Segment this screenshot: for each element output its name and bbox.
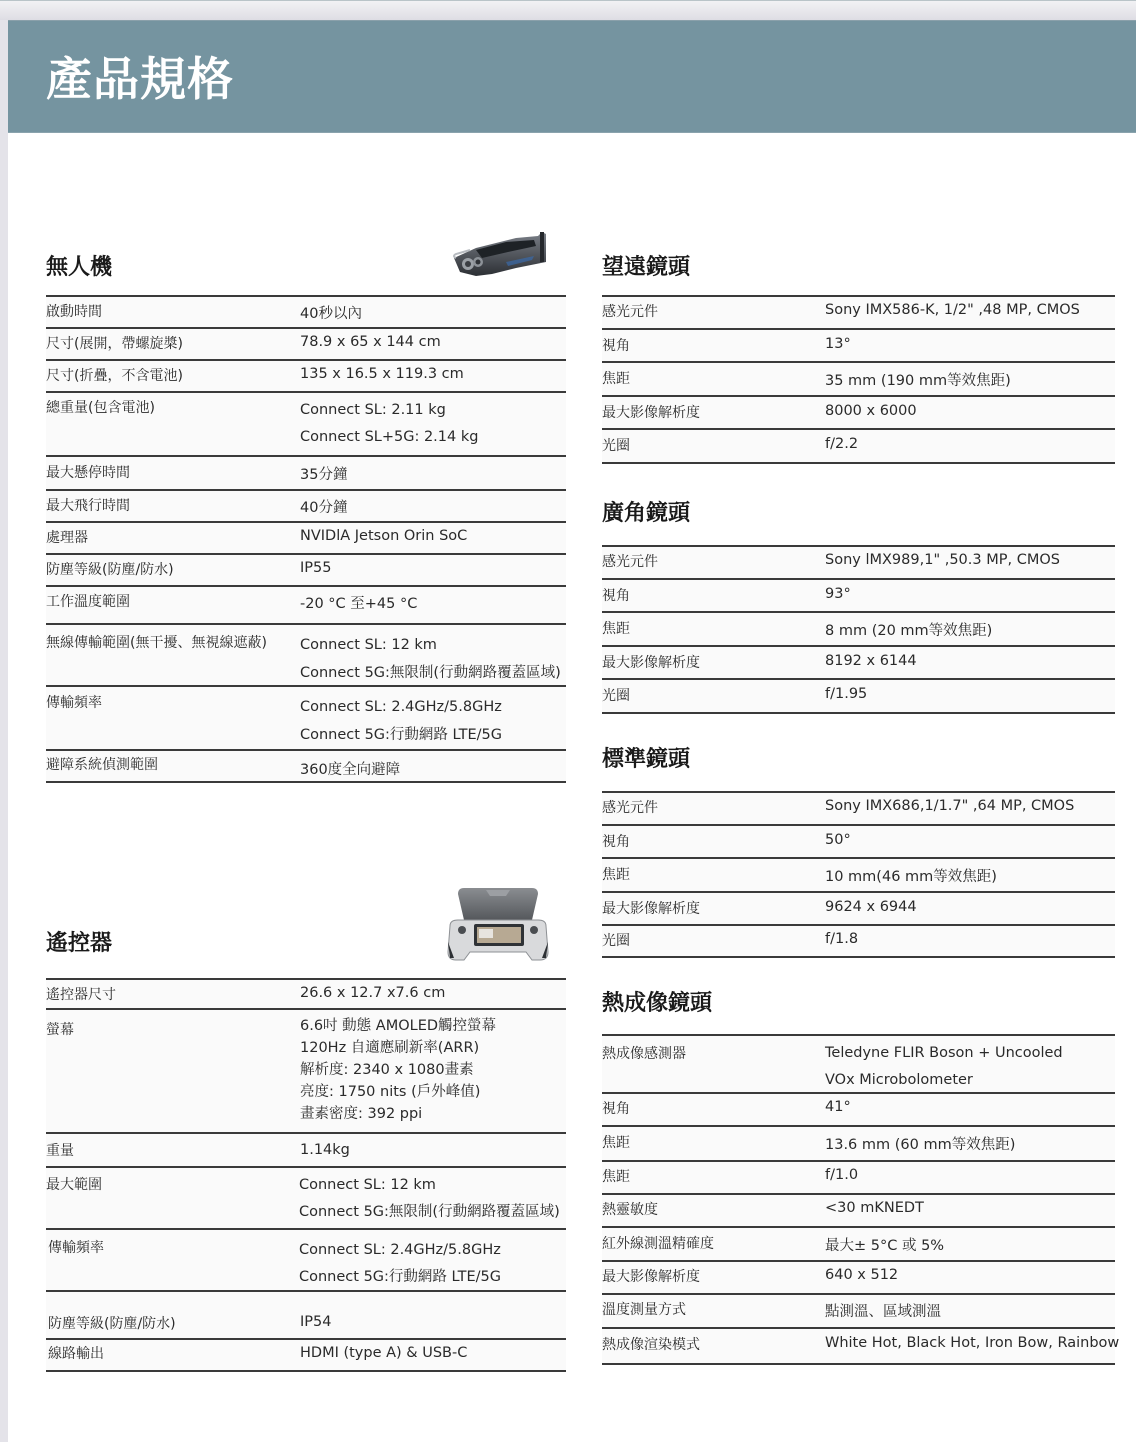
spec-value: White Hot, Black Hot, Iron Bow, Rainbow [825, 1335, 1119, 1351]
spec-value: 9624 x 6944 [825, 899, 917, 915]
section-title-wide: 廣角鏡頭 [602, 500, 690, 528]
spec-label: 重量 [46, 1141, 74, 1161]
remote-spec-table: 遙控器尺寸 26.6 x 12.7 x7.6 cm 螢幕 6.6吋 動態 AMO… [46, 978, 566, 1372]
spec-label: 防塵等級(防塵/防水) [46, 560, 174, 580]
spec-label: 螢幕 [46, 1020, 74, 1040]
spec-label: 感光元件 [602, 798, 658, 818]
spec-value: HDMI (type A) & USB-C [300, 1345, 467, 1361]
spec-label: 視角 [602, 586, 630, 606]
spec-label: 無線傳輸範圍(無干擾、無視線遮蔽) [46, 633, 267, 653]
section-title-telephoto: 望遠鏡頭 [602, 254, 690, 282]
spec-label: 光圈 [602, 436, 630, 456]
spec-value: 640 x 512 [825, 1267, 898, 1283]
spec-label: 最大飛行時間 [46, 496, 130, 516]
spec-label: 感光元件 [602, 302, 658, 322]
table-row: 焦距 10 mm(46 mm等效焦距) [602, 859, 1115, 893]
spec-label: 溫度測量方式 [602, 1300, 686, 1320]
spec-label: 焦距 [602, 619, 630, 639]
spec-label: 防塵等級(防塵/防水) [48, 1314, 176, 1334]
section-title-drone: 無人機 [46, 254, 112, 282]
spec-value: 40秒以內 [300, 302, 362, 323]
spec-value: 78.9 x 65 x 144 cm [300, 334, 441, 350]
remote-controller-image [446, 882, 550, 966]
table-row: 焦距 f/1.0 [602, 1162, 1115, 1195]
table-row: 感光元件 Sony lMX989,1" ,50.3 MP, CMOS [602, 547, 1115, 580]
spec-value: Connect SL: 12 km Connect 5G:無限制(行動網路覆蓋區… [300, 631, 561, 687]
table-row: 最大影像解析度 9624 x 6944 [602, 893, 1115, 926]
table-row: 尺寸(展開，帶螺旋槳) 78.9 x 65 x 144 cm [46, 329, 566, 361]
table-row: 重量 1.14kg [46, 1134, 566, 1168]
header-band: 產品規格 [8, 20, 1136, 133]
spec-value: Connect SL: 2.4GHz/5.8GHz Connect 5G:行動網… [299, 1237, 501, 1291]
table-row: 感光元件 Sony IMX586-K, 1/2" ,48 MP, CMOS [602, 297, 1115, 330]
table-row: 焦距 13.6 mm (60 mm等效焦距) [602, 1127, 1115, 1162]
spec-value: Sony lMX989,1" ,50.3 MP, CMOS [825, 552, 1060, 568]
spec-value: 41° [825, 1099, 851, 1115]
spec-value: 50° [825, 832, 851, 848]
table-row: 焦距 8 mm (20 mm等效焦距) [602, 613, 1115, 647]
spec-value: 1.14kg [300, 1142, 350, 1158]
spec-value: 13° [825, 336, 851, 352]
table-row: 啟動時間 40秒以內 [46, 297, 566, 329]
table-row: 最大飛行時間 40分鐘 [46, 491, 566, 523]
spec-value: 360度全向避障 [300, 758, 400, 779]
spec-label: 傳輸頻率 [48, 1238, 104, 1258]
spec-label: 尺寸(折疊，不含電池) [46, 366, 183, 386]
spec-label: 遙控器尺寸 [46, 985, 116, 1005]
spec-value: 40分鐘 [300, 496, 347, 517]
window-top-strip [0, 0, 1136, 20]
spec-value: 最大± 5°C 或 5% [825, 1234, 944, 1255]
spec-label: 視角 [602, 336, 630, 356]
page-title: 產品規格 [46, 51, 234, 107]
spec-label: 視角 [602, 832, 630, 852]
table-row: 視角 41° [602, 1094, 1115, 1127]
table-row: 防塵等級(防塵/防水) IP55 [46, 555, 566, 587]
table-row: 熱成像渲染模式 White Hot, Black Hot, Iron Bow, … [602, 1329, 1115, 1365]
spec-label: 紅外線測溫精確度 [602, 1234, 714, 1254]
table-row: 線路輸出 HDMI (type A) & USB-C [46, 1340, 566, 1372]
spec-label: 最大影像解析度 [602, 653, 700, 673]
spec-value: IP54 [300, 1314, 331, 1330]
spec-value: 35 mm (190 mm等效焦距) [825, 369, 1011, 390]
spec-value: 6.6吋 動態 AMOLED觸控螢幕 120Hz 自適應刷新率(ARR) 解析度… [300, 1015, 496, 1125]
spec-value: f/2.2 [825, 436, 858, 452]
spec-label: 最大範圍 [46, 1175, 102, 1195]
spec-value: 8192 x 6144 [825, 653, 917, 669]
section-title-remote: 遙控器 [46, 930, 112, 958]
standard-spec-table: 感光元件 Sony IMX686,1/1.7" ,64 MP, CMOS 視角 … [602, 791, 1115, 958]
spec-label: 最大影像解析度 [602, 899, 700, 919]
spec-value: 10 mm(46 mm等效焦距) [825, 865, 997, 886]
spec-label: 光圈 [602, 931, 630, 951]
table-row: 避障系統偵測範圍 360度全向避障 [46, 751, 566, 783]
spec-value: Connect SL: 12 km Connect 5G:無限制(行動網路覆蓋區… [299, 1172, 560, 1226]
spec-label: 焦距 [602, 369, 630, 389]
spec-value: Sony IMX686,1/1.7" ,64 MP, CMOS [825, 798, 1074, 814]
table-row: 最大影像解析度 8000 x 6000 [602, 397, 1115, 430]
spec-label: 線路輸出 [48, 1344, 104, 1364]
spec-label: 最大影像解析度 [602, 403, 700, 423]
spec-value: 26.6 x 12.7 x7.6 cm [300, 985, 445, 1001]
spec-value: IP55 [300, 560, 331, 576]
table-row: 焦距 35 mm (190 mm等效焦距) [602, 363, 1115, 397]
spec-label: 光圈 [602, 686, 630, 706]
spec-value: Teledyne FLIR Boson + Uncooled VOx Micro… [825, 1040, 1063, 1094]
spec-value: NVIDlA Jetson Orin SoC [300, 528, 467, 544]
table-row: 傳輸頻率 Connect SL: 2.4GHz/5.8GHz Connect 5… [46, 1230, 566, 1292]
table-row: 傳輸頻率 Connect SL: 2.4GHz/5.8GHz Connect 5… [46, 687, 566, 751]
spec-value: 點測溫、區域測溫 [825, 1300, 941, 1321]
spec-label: 焦距 [602, 865, 630, 885]
telephoto-spec-table: 感光元件 Sony IMX586-K, 1/2" ,48 MP, CMOS 視角… [602, 295, 1115, 464]
table-row: 視角 13° [602, 330, 1115, 363]
spec-label: 尺寸(展開，帶螺旋槳) [46, 334, 183, 354]
spec-label: 熱成像渲染模式 [602, 1335, 700, 1355]
section-title-standard: 標準鏡頭 [602, 746, 690, 774]
table-row: 最大範圍 Connect SL: 12 km Connect 5G:無限制(行動… [46, 1168, 566, 1230]
table-row: 無線傳輸範圍(無干擾、無視線遮蔽) Connect SL: 12 km Conn… [46, 625, 566, 687]
spec-value: 8 mm (20 mm等效焦距) [825, 619, 992, 640]
table-row: 熱成像感測器 Teledyne FLIR Boson + Uncooled VO… [602, 1036, 1115, 1094]
spec-value: f/1.0 [825, 1167, 858, 1183]
table-row: 尺寸(折疊，不含電池) 135 x 16.5 x 119.3 cm [46, 361, 566, 393]
table-row: 光圈 f/1.8 [602, 926, 1115, 958]
spec-label: 傳輸頻率 [46, 693, 102, 713]
drone-product-image [446, 228, 554, 280]
spec-value: 135 x 16.5 x 119.3 cm [300, 366, 464, 382]
spec-label: 處理器 [46, 528, 88, 548]
spec-label: 視角 [602, 1099, 630, 1119]
drone-spec-table: 啟動時間 40秒以內 尺寸(展開，帶螺旋槳) 78.9 x 65 x 144 c… [46, 295, 566, 783]
table-row: 總重量(包含電池) Connect SL: 2.11 kg Connect SL… [46, 393, 566, 457]
table-row: 感光元件 Sony IMX686,1/1.7" ,64 MP, CMOS [602, 793, 1115, 826]
table-row: 遙控器尺寸 26.6 x 12.7 x7.6 cm [46, 980, 566, 1010]
spec-page: 產品規格 [8, 20, 1136, 1442]
spec-label: 最大懸停時間 [46, 463, 130, 483]
spec-value: 8000 x 6000 [825, 403, 917, 419]
table-row: 最大懸停時間 35分鐘 [46, 457, 566, 491]
spec-value: <30 mKNEDT [825, 1200, 924, 1216]
spec-value: 93° [825, 586, 851, 602]
spec-label: 最大影像解析度 [602, 1267, 700, 1287]
spec-label: 啟動時間 [46, 302, 102, 322]
table-row: 光圈 f/2.2 [602, 430, 1115, 464]
table-row: 最大影像解析度 640 x 512 [602, 1262, 1115, 1295]
spec-label: 工作溫度範圍 [46, 592, 130, 612]
spec-value: 13.6 mm (60 mm等效焦距) [825, 1133, 1015, 1154]
table-row: 視角 93° [602, 580, 1115, 613]
table-row: 工作溫度範圍 -20 °C 至+45 °C [46, 587, 566, 625]
spec-label: 焦距 [602, 1133, 630, 1153]
table-row: 視角 50° [602, 826, 1115, 859]
section-title-thermal: 熱成像鏡頭 [602, 990, 712, 1018]
table-row: 最大影像解析度 8192 x 6144 [602, 647, 1115, 680]
spec-label: 感光元件 [602, 552, 658, 572]
wide-spec-table: 感光元件 Sony lMX989,1" ,50.3 MP, CMOS 視角 93… [602, 545, 1115, 714]
spec-value: f/1.95 [825, 686, 867, 702]
spec-value: -20 °C 至+45 °C [300, 592, 417, 613]
spec-label: 熱成像感測器 [602, 1044, 686, 1064]
spec-label: 避障系統偵測範圍 [46, 755, 158, 775]
table-row: 防塵等級(防塵/防水) IP54 [46, 1292, 566, 1340]
table-row: 溫度測量方式 點測溫、區域測溫 [602, 1295, 1115, 1329]
table-row: 熱靈敏度 <30 mKNEDT [602, 1195, 1115, 1228]
table-row: 處理器 NVIDlA Jetson Orin SoC [46, 523, 566, 555]
spec-label: 熱靈敏度 [602, 1200, 658, 1220]
spec-value: Sony IMX586-K, 1/2" ,48 MP, CMOS [825, 302, 1080, 318]
spec-value: f/1.8 [825, 931, 858, 947]
spec-label: 總重量(包含電池) [46, 398, 155, 418]
spec-value: Connect SL: 2.4GHz/5.8GHz Connect 5G:行動網… [300, 693, 502, 749]
spec-value: 35分鐘 [300, 463, 347, 484]
spec-label: 焦距 [602, 1167, 630, 1187]
thermal-spec-table: 熱成像感測器 Teledyne FLIR Boson + Uncooled VO… [602, 1034, 1115, 1365]
spec-value: Connect SL: 2.11 kg Connect SL+5G: 2.14 … [300, 397, 478, 451]
table-row: 光圈 f/1.95 [602, 680, 1115, 714]
table-row: 紅外線測溫精確度 最大± 5°C 或 5% [602, 1228, 1115, 1262]
table-row: 螢幕 6.6吋 動態 AMOLED觸控螢幕 120Hz 自適應刷新率(ARR) … [46, 1010, 566, 1134]
